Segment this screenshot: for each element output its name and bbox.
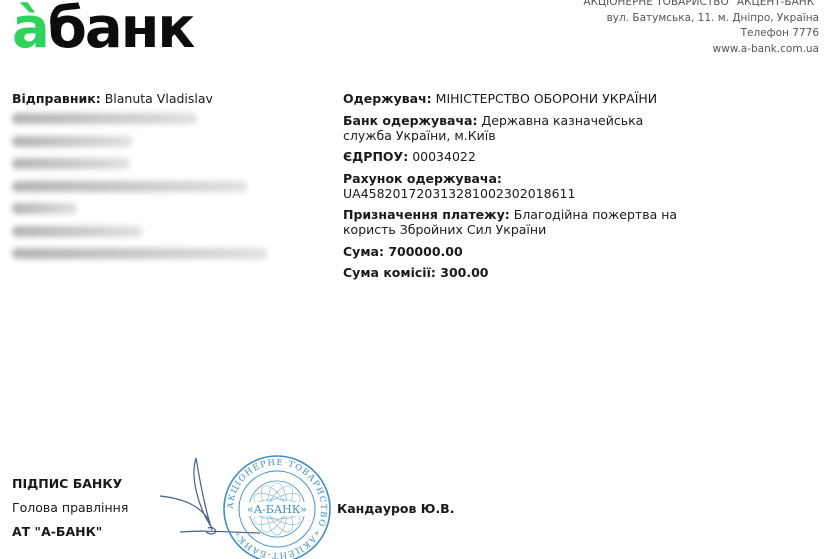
bank-logo: àбанк (12, 0, 193, 64)
redacted-row (12, 248, 267, 259)
logo-accent: à (12, 0, 48, 61)
svg-text:«А-БАНК»: «А-БАНК» (247, 503, 307, 516)
signature-block: ПІДПИС БАНКУ Голова правління АТ "А-БАНК… (12, 476, 128, 548)
field-label: Сума комісії: (343, 265, 436, 280)
recipient-bank-row: Банк одержувача: Державна казначейська с… (343, 113, 688, 143)
signer-position: Голова правління (12, 500, 128, 524)
fee-row: Сума комісії: 300.00 (343, 265, 688, 280)
redacted-row (12, 158, 130, 169)
field-label: ЄДРПОУ: (343, 149, 408, 164)
redacted-row (12, 136, 132, 147)
signature-title: ПІДПИС БАНКУ (12, 476, 128, 500)
company-phone: Телефон 7776 (583, 26, 819, 42)
recipient-details: Одержувач: МІНІСТЕРСТВО ОБОРОНИ УКРАЇНИ … (343, 91, 688, 287)
signatory-name: Кандауров Ю.В. (337, 501, 454, 516)
logo-text: банк (48, 0, 194, 61)
amount: 700000.00 (388, 244, 462, 259)
field-label: Банк одержувача: (343, 113, 478, 128)
recipient-name-row: Одержувач: МІНІСТЕРСТВО ОБОРОНИ УКРАЇНИ (343, 91, 688, 106)
payment-purpose-row: Призначення платежу: Благодійна пожертва… (343, 207, 688, 237)
company-name: АКЦІОНЕРНЕ ТОВАРИСТВО "АКЦЕНТ-БАНК" (583, 0, 819, 11)
field-label: Рахунок одержувача: (343, 171, 688, 186)
signer-org: АТ "А-БАНК" (12, 524, 128, 548)
company-info: АКЦІОНЕРНЕ ТОВАРИСТВО "АКЦЕНТ-БАНК" вул.… (583, 0, 819, 57)
redacted-sender-details (12, 113, 267, 271)
sender-value: Blanuta Vladislav (105, 91, 213, 106)
field-label: Сума: (343, 244, 384, 259)
redacted-row (12, 226, 142, 237)
redacted-row (12, 113, 197, 124)
recipient-account: UA458201720313281002302018611 (343, 186, 688, 201)
edrpou-code: 00034022 (412, 149, 476, 164)
bank-stamp: АКЦІОНЕРНЕ ТОВАРИСТВО «АКЦЕНТ-БАНК» «А-Б… (222, 454, 332, 559)
sender: Відправник: Blanuta Vladislav (12, 91, 213, 106)
company-address: вул. Батумська, 11. м. Дніпро, Україна (583, 11, 819, 27)
fee-amount: 300.00 (440, 265, 488, 280)
account-row: Рахунок одержувача: UA458201720313281002… (343, 171, 688, 201)
sender-label: Відправник: (12, 91, 101, 106)
redacted-row (12, 203, 77, 214)
company-website[interactable]: www.a-bank.com.ua (583, 42, 819, 58)
field-label: Призначення платежу: (343, 207, 510, 222)
edrpou-row: ЄДРПОУ: 00034022 (343, 149, 688, 164)
recipient-name: МІНІСТЕРСТВО ОБОРОНИ УКРАЇНИ (436, 91, 657, 106)
amount-row: Сума: 700000.00 (343, 244, 688, 259)
redacted-row (12, 181, 247, 192)
field-label: Одержувач: (343, 91, 432, 106)
